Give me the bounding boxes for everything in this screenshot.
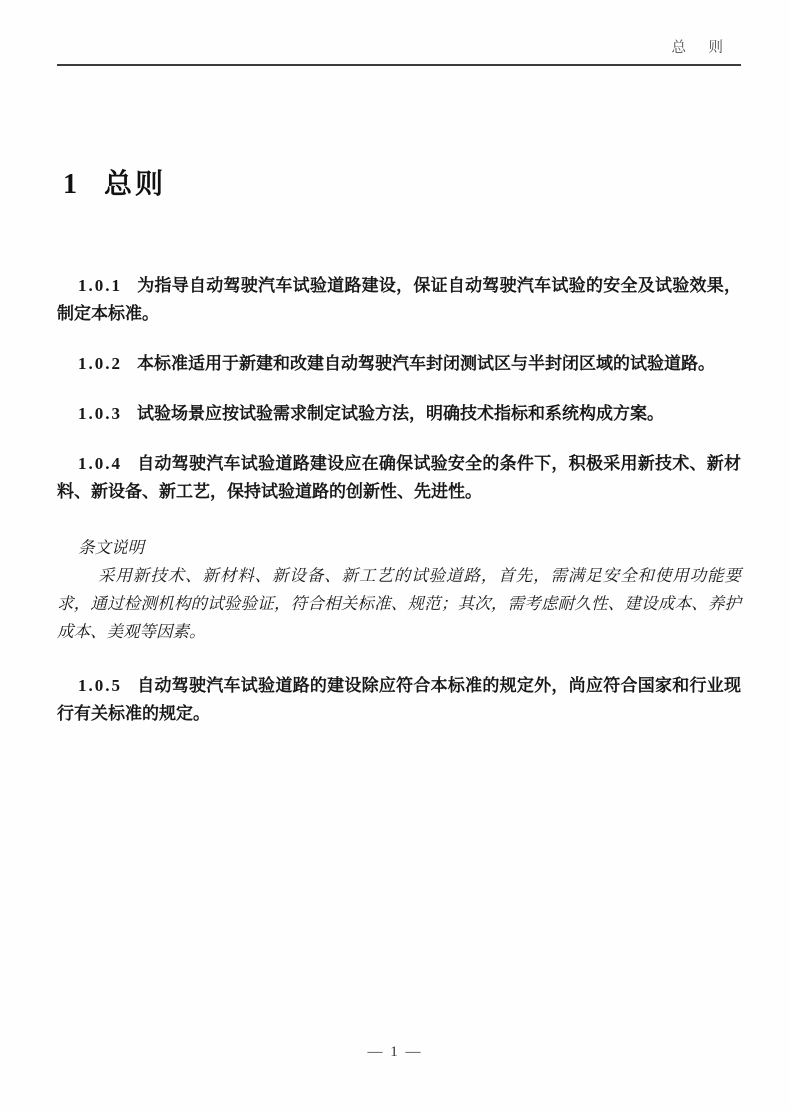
clause-text: 为指导自动驾驶汽车试验道路建设，保证自动驾驶汽车试验的安全及试验效果，制定本标准… [57, 276, 741, 323]
chapter-title: 1总则 [63, 162, 166, 202]
clause-1-0-4: 1.0.4自动驾驶汽车试验道路建设应在确保试验安全的条件下，积极采用新技术、新材… [57, 450, 741, 506]
clause-number: 1.0.5 [78, 676, 137, 695]
document-page: 总 则 1总则 1.0.1为指导自动驾驶汽车试验道路建设，保证自动驾驶汽车试验的… [0, 0, 790, 1111]
running-header-title: 总 则 [57, 36, 727, 57]
clause-text: 自动驾驶汽车试验道路建设应在确保试验安全的条件下，积极采用新技术、新材料、新设备… [57, 454, 741, 501]
header-rule [57, 64, 741, 66]
clause-text: 试验场景应按试验需求制定试验方法，明确技术指标和系统构成方案。 [137, 404, 664, 423]
chapter-number: 1 [63, 169, 77, 200]
clause-1-0-1: 1.0.1为指导自动驾驶汽车试验道路建设，保证自动驾驶汽车试验的安全及试验效果，… [57, 272, 741, 328]
document-body: 1.0.1为指导自动驾驶汽车试验道路建设，保证自动驾驶汽车试验的安全及试验效果，… [57, 272, 741, 750]
clause-1-0-2: 1.0.2本标准适用于新建和改建自动驾驶汽车封闭测试区与半封闭区域的试验道路。 [57, 350, 741, 378]
clause-1-0-5: 1.0.5自动驾驶汽车试验道路的建设除应符合本标准的规定外，尚应符合国家和行业现… [57, 672, 741, 728]
clause-text: 本标准适用于新建和改建自动驾驶汽车封闭测试区与半封闭区域的试验道路。 [137, 354, 715, 373]
clause-number: 1.0.1 [78, 276, 137, 295]
clause-number: 1.0.2 [78, 354, 137, 373]
commentary-label: 条文说明 [57, 534, 741, 562]
clause-1-0-3: 1.0.3试验场景应按试验需求制定试验方法，明确技术指标和系统构成方案。 [57, 400, 741, 428]
page-number: — 1 — [0, 1044, 790, 1061]
commentary-text: 采用新技术、新材料、新设备、新工艺的试验道路，首先，需满足安全和使用功能要求，通… [57, 562, 741, 646]
commentary-block: 条文说明 采用新技术、新材料、新设备、新工艺的试验道路，首先，需满足安全和使用功… [57, 534, 741, 646]
chapter-name: 总则 [104, 169, 166, 200]
clause-number: 1.0.4 [78, 454, 137, 473]
clause-text: 自动驾驶汽车试验道路的建设除应符合本标准的规定外，尚应符合国家和行业现行有关标准… [57, 676, 741, 723]
clause-number: 1.0.3 [78, 404, 137, 423]
